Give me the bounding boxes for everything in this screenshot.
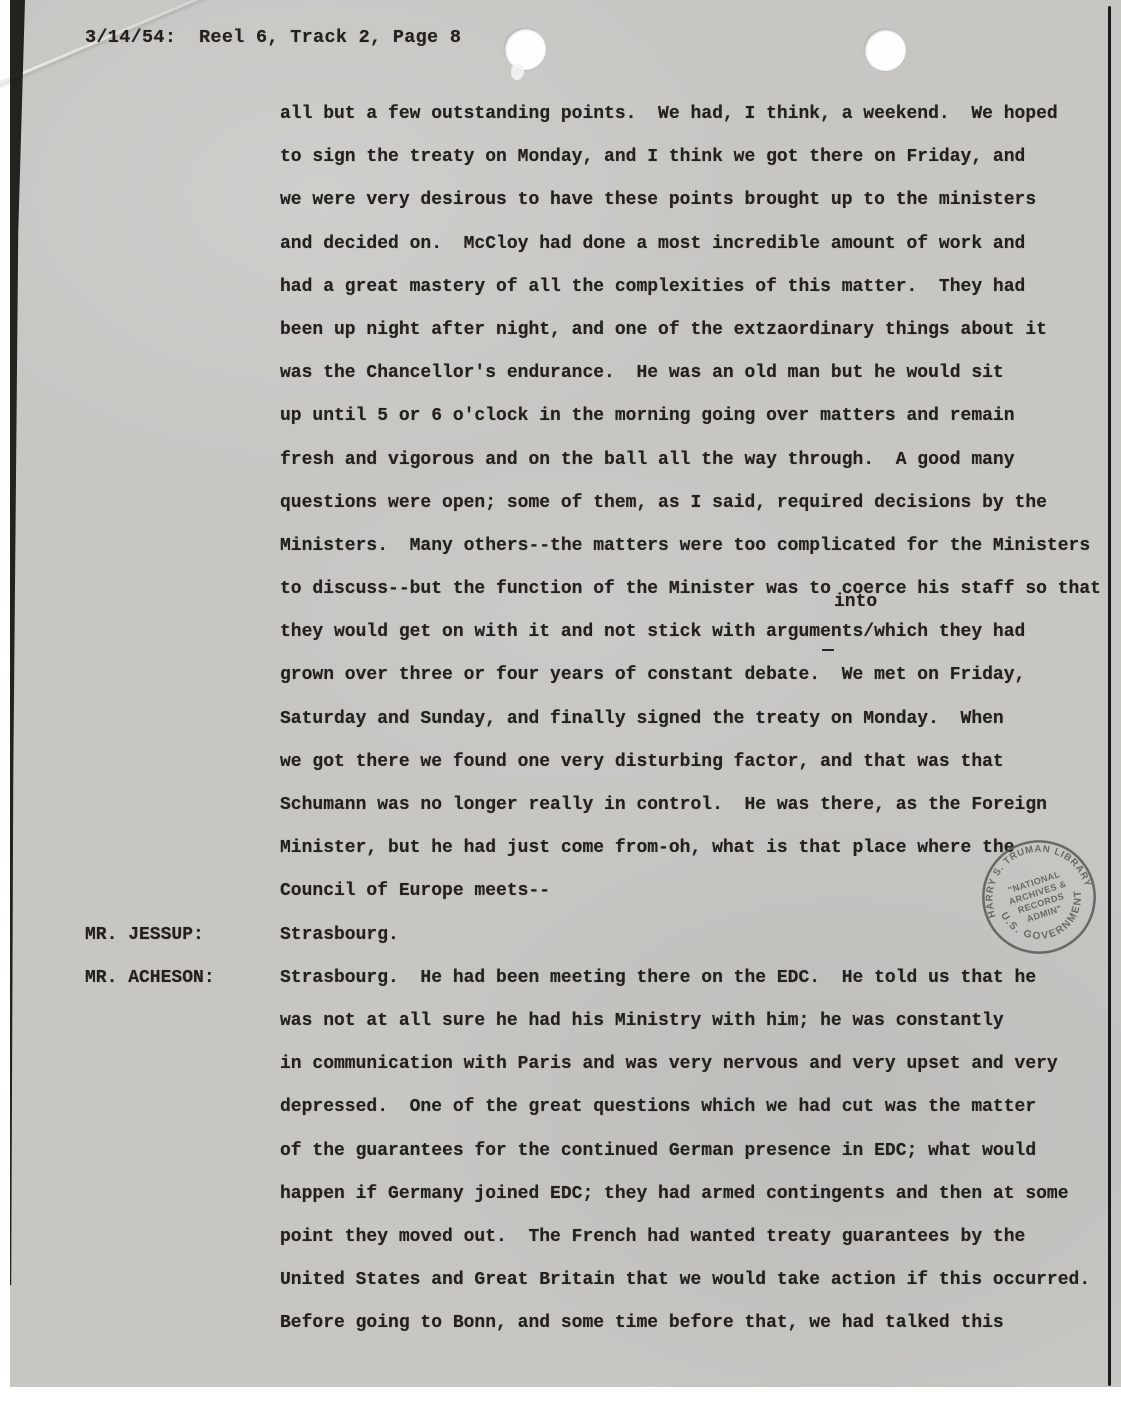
transcript-line: had a great mastery of all the complexit… <box>85 266 1105 309</box>
transcript-line: Ministers. Many others--the matters were… <box>85 525 1105 568</box>
speaker-label: MR. ACHESON: <box>85 957 280 1000</box>
line-text: in communication with Paris and was very… <box>280 1054 1058 1074</box>
line-text: point they moved out. The French had wan… <box>280 1227 1025 1247</box>
line-text: had a great mastery of all the complexit… <box>280 277 1025 297</box>
transcript-line: and decided on. McCloy had done a most i… <box>85 223 1105 266</box>
transcript-line: to sign the treaty on Monday, and I thin… <box>85 136 1105 179</box>
transcript-line: been up night after night, and one of th… <box>85 309 1105 352</box>
line-text: to sign the treaty on Monday, and I thin… <box>280 147 1025 167</box>
transcript-line: fresh and vigorous and on the ball all t… <box>85 439 1105 482</box>
transcript-line: they would get on with it and not stick … <box>85 611 1105 654</box>
line-text: Saturday and Sunday, and finally signed … <box>280 709 1004 729</box>
transcript-line: up until 5 or 6 o'clock in the morning g… <box>85 395 1105 438</box>
line-text: questions were open; some of them, as I … <box>280 493 1047 513</box>
transcript-line: was not at all sure he had his Ministry … <box>85 1000 1105 1043</box>
transcript-line: Saturday and Sunday, and finally signed … <box>85 698 1105 741</box>
transcript-line: of the guarantees for the continued Germ… <box>85 1130 1105 1173</box>
transcript-line: we got there we found one very disturbin… <box>85 741 1105 784</box>
transcript-line: all but a few outstanding points. We had… <box>85 93 1105 136</box>
line-text: Council of Europe meets-- <box>280 881 550 901</box>
transcript-line: Council of Europe meets-- <box>85 870 1105 913</box>
transcript-line: depressed. One of the great questions wh… <box>85 1086 1105 1129</box>
transcript-line: MR. JESSUP:Strasbourg. <box>85 914 1105 957</box>
line-text: to discuss--but the function of the Mini… <box>280 579 1101 599</box>
line-text: grown over three or four years of consta… <box>280 665 1025 685</box>
line-text: they would get on with it and not stick … <box>280 622 1025 642</box>
transcript-body: all but a few outstanding points. We had… <box>85 93 1105 1345</box>
line-text: Before going to Bonn, and some time befo… <box>280 1313 1004 1333</box>
line-text: was not at all sure he had his Ministry … <box>280 1011 1004 1031</box>
line-text: up until 5 or 6 o'clock in the morning g… <box>280 406 1015 426</box>
punch-hole-left <box>504 28 546 70</box>
transcript-line: Before going to Bonn, and some time befo… <box>85 1302 1105 1345</box>
line-text: and decided on. McCloy had done a most i… <box>280 234 1025 254</box>
transcript-line: United States and Great Britain that we … <box>85 1259 1105 1302</box>
typed-insertion-word: into <box>834 592 877 612</box>
transcript-line: point they moved out. The French had wan… <box>85 1216 1105 1259</box>
punch-hole-right <box>864 29 906 71</box>
line-text: we got there we found one very disturbin… <box>280 752 1004 772</box>
line-text: Schumann was no longer really in control… <box>280 795 1047 815</box>
transcript-line: to discuss--but the function of the Mini… <box>85 568 1105 611</box>
scan-right-edge <box>1108 6 1111 1386</box>
scanned-transcript-page: { "colors":{"paper":"#c7c6c3","ink":"#24… <box>0 0 1121 1405</box>
speaker-label: MR. JESSUP: <box>85 914 280 957</box>
line-text: Strasbourg. <box>280 925 399 945</box>
transcript-line: questions were open; some of them, as I … <box>85 482 1105 525</box>
line-text: we were very desirous to have these poin… <box>280 190 1036 210</box>
line-text: United States and Great Britain that we … <box>280 1270 1090 1290</box>
transcript-line: MR. ACHESON:Strasbourg. He had been meet… <box>85 957 1105 1000</box>
underline-mark <box>822 649 834 651</box>
line-text: was the Chancellor's endurance. He was a… <box>280 363 1004 383</box>
transcript-line: was the Chancellor's endurance. He was a… <box>85 352 1105 395</box>
line-text: Ministers. Many others--the matters were… <box>280 536 1090 556</box>
transcript-line: grown over three or four years of consta… <box>85 654 1105 697</box>
line-text: depressed. One of the great questions wh… <box>280 1097 1036 1117</box>
line-text: fresh and vigorous and on the ball all t… <box>280 450 1015 470</box>
page-header: 3/14/54: Reel 6, Track 2, Page 8 <box>85 27 461 48</box>
line-text: Strasbourg. He had been meeting there on… <box>280 968 1036 988</box>
transcript-line: in communication with Paris and was very… <box>85 1043 1105 1086</box>
line-text: been up night after night, and one of th… <box>280 320 1047 340</box>
line-text: Minister, but he had just come from-oh, … <box>280 838 1015 858</box>
line-text: happen if Germany joined EDC; they had a… <box>280 1184 1069 1204</box>
transcript-line: we were very desirous to have these poin… <box>85 179 1105 222</box>
line-text: all but a few outstanding points. We had… <box>280 104 1058 124</box>
scan-bottom-edge <box>0 1387 1121 1405</box>
transcript-line: Minister, but he had just come from-oh, … <box>85 827 1105 870</box>
line-text: of the guarantees for the continued Germ… <box>280 1141 1036 1161</box>
transcript-line: happen if Germany joined EDC; they had a… <box>85 1173 1105 1216</box>
transcript-line: Schumann was no longer really in control… <box>85 784 1105 827</box>
